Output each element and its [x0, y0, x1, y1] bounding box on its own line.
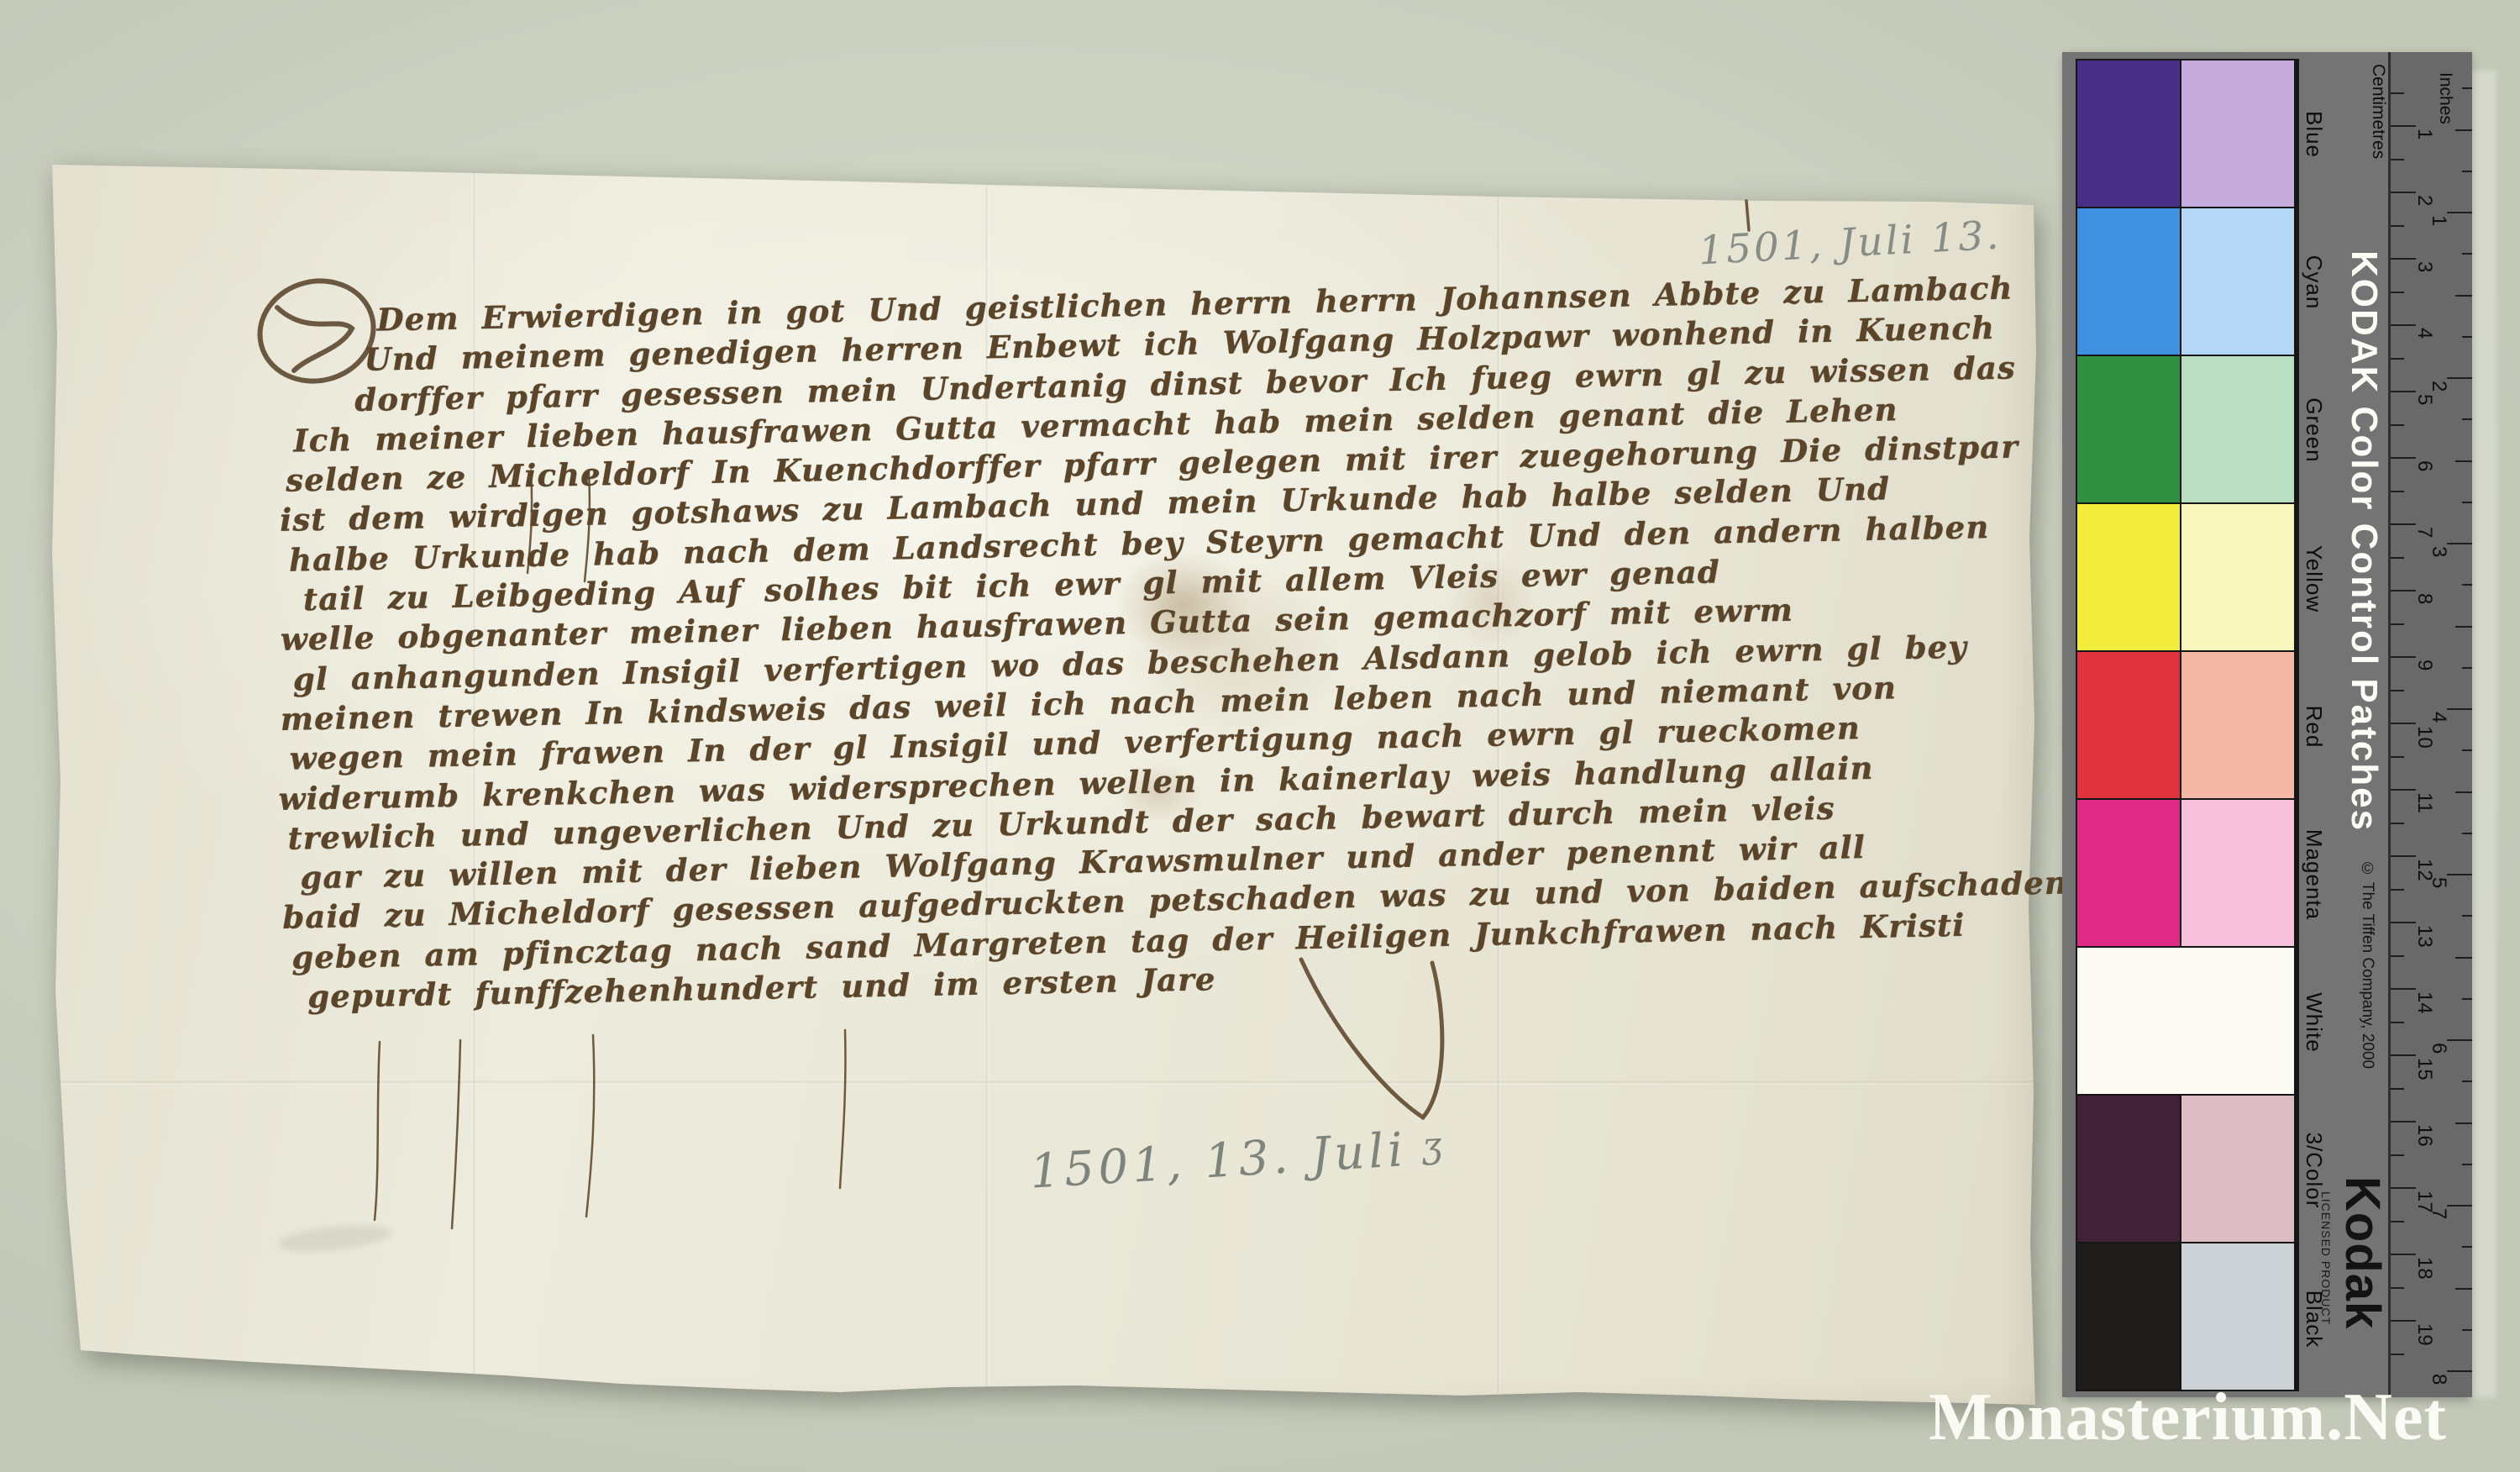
color-patch-label: Cyan: [2301, 255, 2327, 310]
kodak-licensed-product: LICENSED PRODUCT: [2319, 1191, 2333, 1325]
color-patch-label-slot: Green: [2301, 356, 2348, 504]
monasterium-watermark: Monasterium.Net: [1929, 1380, 2447, 1456]
color-patch-label: Magenta: [2301, 829, 2327, 920]
color-patch-light: [2181, 652, 2294, 798]
ruler-unit-inches: Inches: [2435, 72, 2455, 124]
color-patch-saturated: [2077, 948, 2294, 1094]
ruler: 12345678910111213141516171819 12345678: [2388, 52, 2472, 1397]
manuscript-text-block: Dem Erwierdigen in got Und geistlichen h…: [269, 269, 2013, 1017]
pencil-flourish-glyph: ʒ: [1420, 1123, 1447, 1166]
charter-photo-scene: Dem Erwierdigen in got Und geistlichen h…: [0, 0, 2520, 1472]
color-patch-saturated: [2077, 800, 2180, 946]
color-patch-label: White: [2301, 992, 2327, 1052]
color-patch-row: [2077, 652, 2297, 798]
ruler-inch-scale: 12345678: [2423, 52, 2472, 1397]
color-patch-label: Yellow: [2301, 545, 2327, 612]
color-patch-light: [2181, 1096, 2294, 1242]
color-patch-light: [2181, 504, 2294, 650]
color-patch-label-slot: Cyan: [2301, 208, 2348, 356]
color-patch-row: [2077, 948, 2297, 1094]
color-patch-saturated: [2077, 504, 2180, 650]
color-patch-row: [2077, 504, 2297, 650]
color-patch-saturated: [2077, 60, 2180, 207]
ruler-unit-centimetres: Centimetres: [2368, 64, 2388, 159]
kodak-color-control-card: Blue Cyan Green Yellow Red Magenta White…: [2062, 52, 2470, 1397]
color-patch-grid: [2076, 59, 2299, 1391]
color-patch-row: [2077, 356, 2297, 502]
color-patch-label: Blue: [2301, 111, 2327, 158]
color-patch-light: [2181, 1243, 2294, 1390]
color-patch-saturated: [2077, 1096, 2180, 1242]
color-patch-label-slot: Red: [2301, 653, 2348, 801]
color-patch-label-slot: White: [2301, 949, 2348, 1096]
color-patch-label: Red: [2301, 705, 2327, 748]
kodak-copyright: © The Tiffen Company, 2000: [2358, 860, 2376, 1112]
color-patch-light: [2181, 208, 2294, 355]
color-patch-light: [2181, 800, 2294, 946]
pencil-smudge: [276, 1221, 392, 1256]
color-patch-saturated: [2077, 356, 2180, 502]
color-patch-row: [2077, 1096, 2297, 1242]
color-patch-row: [2077, 208, 2297, 355]
color-patch-label: Green: [2301, 398, 2327, 463]
color-patch-row: [2077, 800, 2297, 946]
color-patch-light: [2181, 356, 2294, 502]
color-patch-light: [2181, 60, 2294, 207]
color-patch-saturated: [2077, 208, 2180, 355]
color-patch-saturated: [2077, 1243, 2180, 1390]
kodak-brand-logo: Kodak: [2334, 1176, 2391, 1329]
color-patch-label-slot: Yellow: [2301, 505, 2348, 653]
fold-crease-horizontal: [0, 1080, 2058, 1086]
kodak-card-title: KODAK Color Control Patches: [2343, 250, 2385, 847]
color-patch-row: [2077, 60, 2297, 207]
color-patch-label-slot: Blue: [2301, 60, 2348, 208]
color-patch-saturated: [2077, 652, 2180, 798]
color-patch-label-slot: Magenta: [2301, 801, 2348, 949]
color-patch-row: [2077, 1243, 2297, 1390]
